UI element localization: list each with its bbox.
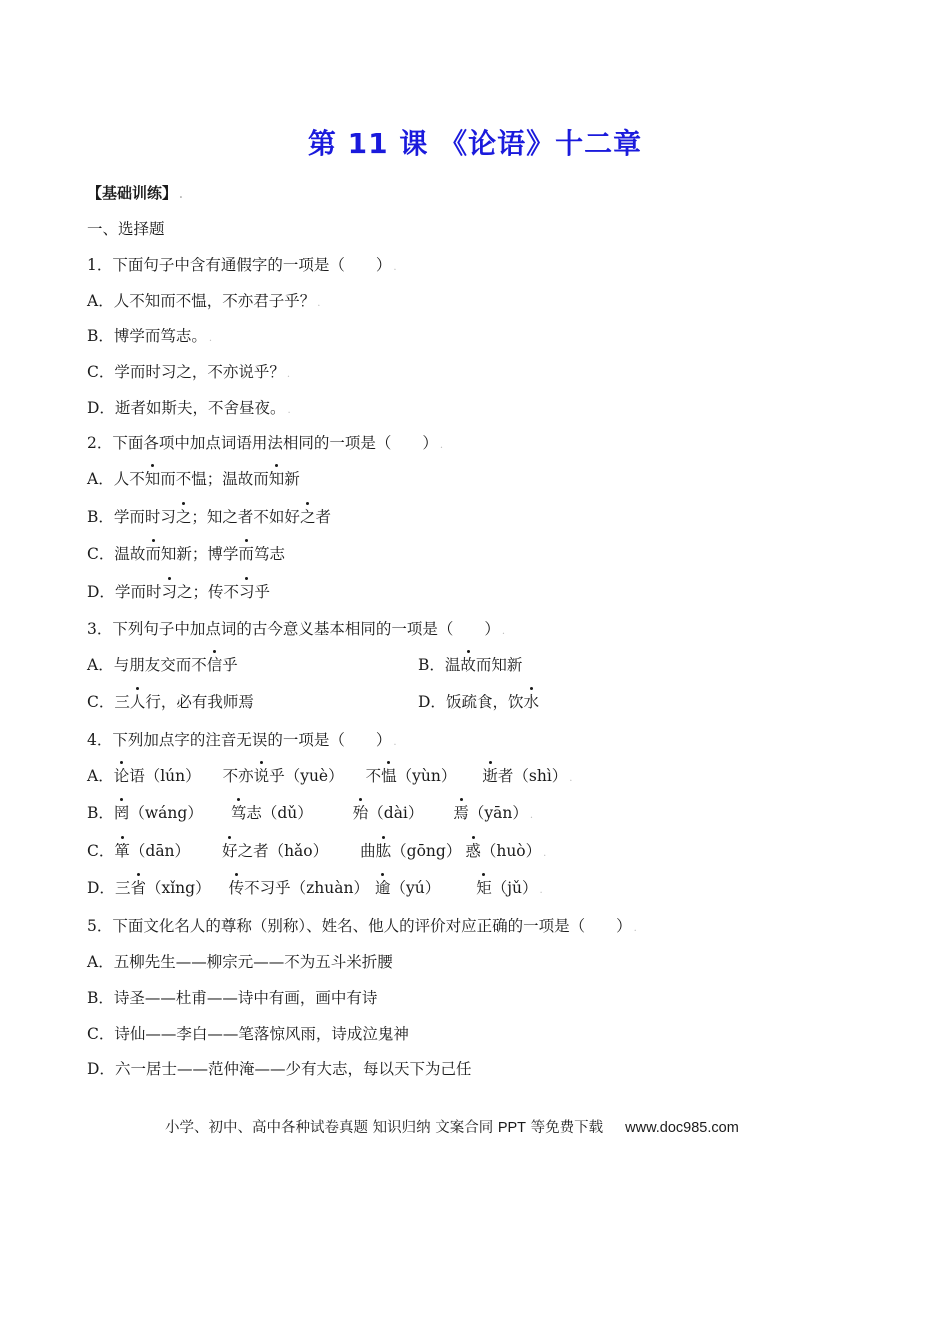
option-text: 而不愠；温故而 <box>160 470 269 488</box>
option-text: （yùn） <box>397 767 457 785</box>
emphasis-dot-char: 殆 <box>353 803 369 823</box>
option-text: 六一居士——范仲淹——少有大志，每以天下为己任 <box>115 1060 472 1078</box>
option-text: 学而时 <box>115 583 162 601</box>
section-heading-text: 【基础训练】 <box>87 184 177 202</box>
option-text: 而知新 <box>476 656 523 674</box>
paragraph-mark: . <box>179 190 183 201</box>
question-2-option-c: C．温故而知新；博学而笃志 <box>87 544 285 564</box>
emphasis-dot-char: 而 <box>145 544 161 564</box>
option-text: （jǔ） <box>492 879 538 897</box>
option-label: D． <box>418 693 446 711</box>
option-text: 乎（yuè） <box>269 767 343 785</box>
question-4-option-a: A．论语（lún）不亦说乎（yuè）不愠（yùn）逝者（shì）. <box>87 766 572 789</box>
question-4-option-b: B．罔（wáng）笃志（dǔ）殆（dài）焉（yān）. <box>87 803 533 826</box>
option-text: 饭疏食，饮 <box>446 693 524 711</box>
option-label: B． <box>87 804 114 822</box>
option-text: 诗圣——杜甫——诗中有画，画中有诗 <box>114 989 378 1007</box>
option-label: D． <box>87 1060 115 1078</box>
option-text: 诗仙——李白——笔落惊风雨，诗成泣鬼神 <box>114 1025 409 1043</box>
paragraph-mark: . <box>287 369 290 380</box>
option-text: （xǐng） <box>146 879 211 897</box>
question-stem-text: 4．下列加点字的注音无误的一项是（ ） <box>87 731 391 749</box>
question-3-option-d: D．饭疏食，饮水 <box>418 692 539 712</box>
section-heading: 【基础训练】. <box>87 183 183 206</box>
emphasis-dot-char: 惑 <box>465 841 481 861</box>
option-text: 乎 <box>255 583 271 601</box>
footer-url-link[interactable]: www.doc985.com <box>625 1120 739 1136</box>
question-5-option-a: A．五柳先生——柳宗元——不为五斗米折腰 <box>87 952 393 972</box>
emphasis-dot-char: 习 <box>161 582 177 602</box>
option-text: 不习乎（zhuàn） <box>244 879 369 897</box>
option-text: 温 <box>445 656 461 674</box>
emphasis-dot-char: 逝 <box>482 766 498 786</box>
option-text: 之者（hǎo） <box>238 842 329 860</box>
option-text: 语（lún） <box>129 767 200 785</box>
option-text: 博学而笃志。 <box>114 327 207 345</box>
question-4-option-d: D．三省（xǐng）传不习乎（zhuàn）逾（yú）矩（jǔ）. <box>87 878 543 901</box>
question-3-option-b: B．温故而知新 <box>418 655 522 675</box>
question-2-option-b: B．学而时习之；知之者不如好之者 <box>87 507 331 527</box>
emphasis-dot-char: 肱 <box>376 841 392 861</box>
question-3-option-c: C．三人行，必有我师焉 <box>87 692 254 712</box>
question-5-option-c: C．诗仙——李白——笔落惊风雨，诗成泣鬼神 <box>87 1024 409 1044</box>
emphasis-dot-char: 故 <box>460 655 476 675</box>
footer-ppt: PPT <box>498 1120 526 1136</box>
option-label: A． <box>87 292 114 310</box>
option-label: B． <box>87 327 114 345</box>
paragraph-mark: . <box>569 773 572 784</box>
question-1-option-b: B．博学而笃志。. <box>87 326 212 349</box>
option-text: 学而时习之，不亦说乎？ <box>114 363 285 381</box>
option-text: 学而时习 <box>114 508 176 526</box>
question-1-option-c: C．学而时习之，不亦说乎？. <box>87 362 290 385</box>
emphasis-dot-char: 知 <box>269 469 285 489</box>
lesson-title: 第 11 课 《论语》十二章 <box>0 122 950 162</box>
emphasis-dot-char: 论 <box>114 766 130 786</box>
question-stem-text: 2．下面各项中加点词语用法相同的一项是（ ） <box>87 434 438 452</box>
emphasis-dot-char: 省 <box>130 878 146 898</box>
option-text: 逝者如斯夫，不舍昼夜。 <box>115 399 286 417</box>
emphasis-dot-char: 水 <box>523 692 539 712</box>
option-label: C． <box>87 545 114 563</box>
option-text: （wáng） <box>129 804 202 822</box>
emphasis-dot-char: 说 <box>254 766 270 786</box>
paragraph-mark: . <box>287 405 290 416</box>
question-1-option-a: A．人不知而不愠，不亦君子乎？. <box>87 291 320 314</box>
paragraph-mark: . <box>440 440 443 451</box>
option-label: A． <box>87 656 114 674</box>
emphasis-dot-char: 之 <box>176 507 192 527</box>
emphasis-dot-char: 知 <box>145 469 161 489</box>
emphasis-dot-char: 信 <box>207 655 223 675</box>
option-text: 新 <box>284 470 300 488</box>
option-text: 者（shì） <box>498 767 567 785</box>
paragraph-mark: . <box>530 810 533 821</box>
option-text: 乎 <box>222 656 238 674</box>
footer-text-2: 等免费下载 <box>526 1120 603 1136</box>
paragraph-mark: . <box>393 737 396 748</box>
question-2-option-d: D．学而时习之；传不习乎 <box>87 582 270 602</box>
option-label: B． <box>87 508 114 526</box>
option-text: 知新；博学 <box>161 545 239 563</box>
question-2-stem: 2．下面各项中加点词语用法相同的一项是（ ）. <box>87 433 443 456</box>
option-text: （huò） <box>481 842 541 860</box>
option-text: （dān） <box>130 842 190 860</box>
paragraph-mark: . <box>393 262 396 273</box>
emphasis-dot-char: 笃 <box>231 803 247 823</box>
question-5-stem: 5．下面文化名人的尊称（别称）、姓名、他人的评价对应正确的一项是（ ）. <box>87 916 637 939</box>
option-text: 三 <box>115 879 131 897</box>
option-text: ；知之者不如好 <box>191 508 300 526</box>
option-text: 曲 <box>360 842 376 860</box>
option-text: 人不知而不愠，不亦君子乎？ <box>114 292 316 310</box>
option-text: （yú） <box>390 879 440 897</box>
option-label: C． <box>87 1025 114 1043</box>
question-stem-text: 1．下面句子中含有通假字的一项是（ ） <box>87 256 391 274</box>
emphasis-dot-char: 人 <box>130 692 146 712</box>
page-footer: 小学、初中、高中各种试卷真题 知识归纳 文案合同 PPT 等免费下载www.do… <box>165 1116 739 1137</box>
emphasis-dot-char: 矩 <box>476 878 492 898</box>
option-text: 五柳先生——柳宗元——不为五斗米折腰 <box>114 953 393 971</box>
emphasis-dot-char: 而 <box>238 544 254 564</box>
option-text: 不亦 <box>223 767 254 785</box>
option-label: C． <box>87 693 114 711</box>
option-text: 三 <box>114 693 130 711</box>
option-label: A． <box>87 767 114 785</box>
paragraph-mark: . <box>317 298 320 309</box>
question-2-option-a: A．人不知而不愠；温故而知新 <box>87 469 300 489</box>
option-text: 温故 <box>114 545 145 563</box>
emphasis-dot-char: 传 <box>229 878 245 898</box>
option-text: 人不 <box>114 470 145 488</box>
option-text: 志（dǔ） <box>246 804 312 822</box>
paragraph-mark: . <box>634 923 637 934</box>
emphasis-dot-char: 愠 <box>381 766 397 786</box>
emphasis-dot-char: 罔 <box>114 803 130 823</box>
option-label: D． <box>87 399 115 417</box>
question-3-option-a: A．与朋友交而不信乎 <box>87 655 238 675</box>
question-1-option-d: D．逝者如斯夫，不舍昼夜。. <box>87 398 291 421</box>
paragraph-mark: . <box>543 848 546 859</box>
option-text: 笃志 <box>254 545 285 563</box>
emphasis-dot-char: 逾 <box>375 878 391 898</box>
option-text: 者 <box>315 508 331 526</box>
paragraph-mark: . <box>209 333 212 344</box>
option-label: B． <box>418 656 445 674</box>
question-5-option-d: D．六一居士——范仲淹——少有大志，每以天下为己任 <box>87 1059 471 1079</box>
option-text: 之；传不 <box>177 583 239 601</box>
option-label: B． <box>87 989 114 1007</box>
option-label: D． <box>87 879 115 897</box>
option-text: （yān） <box>469 804 528 822</box>
emphasis-dot-char: 之 <box>300 507 316 527</box>
option-label: D． <box>87 583 115 601</box>
emphasis-dot-char: 焉 <box>453 803 469 823</box>
question-stem-text: 3．下列句子中加点词的古今意义基本相同的一项是（ ） <box>87 620 500 638</box>
emphasis-dot-char: 好 <box>222 841 238 861</box>
question-1-stem: 1．下面句子中含有通假字的一项是（ ）. <box>87 255 397 278</box>
question-5-option-b: B．诗圣——杜甫——诗中有画，画中有诗 <box>87 988 377 1008</box>
option-label: A． <box>87 953 114 971</box>
option-text: 行，必有我师焉 <box>145 693 254 711</box>
option-text: （dài） <box>368 804 423 822</box>
question-3-stem: 3．下列句子中加点词的古今意义基本相同的一项是（ ）. <box>87 619 505 642</box>
option-label: C． <box>87 363 114 381</box>
option-label: A． <box>87 470 114 488</box>
paragraph-mark: . <box>502 626 505 637</box>
question-4-stem: 4．下列加点字的注音无误的一项是（ ）. <box>87 730 397 753</box>
question-stem-text: 5．下面文化名人的尊称（别称）、姓名、他人的评价对应正确的一项是（ ） <box>87 917 632 935</box>
emphasis-dot-char: 箪 <box>114 841 130 861</box>
question-4-option-c: C．箪（dān）好之者（hǎo）曲肱（gōng）惑（huò）. <box>87 841 546 864</box>
part-heading: 一、选择题 <box>87 219 165 239</box>
option-text: 与朋友交而不 <box>114 656 207 674</box>
option-text: （gōng） <box>391 842 461 860</box>
document-page: 第 11 课 《论语》十二章 【基础训练】. 一、选择题 1．下面句子中含有通假… <box>0 0 950 1344</box>
footer-text: 小学、初中、高中各种试卷真题 知识归纳 文案合同 <box>165 1120 498 1136</box>
emphasis-dot-char: 习 <box>239 582 255 602</box>
option-label: C． <box>87 842 114 860</box>
paragraph-mark: . <box>540 885 543 896</box>
option-text: 不 <box>366 767 382 785</box>
